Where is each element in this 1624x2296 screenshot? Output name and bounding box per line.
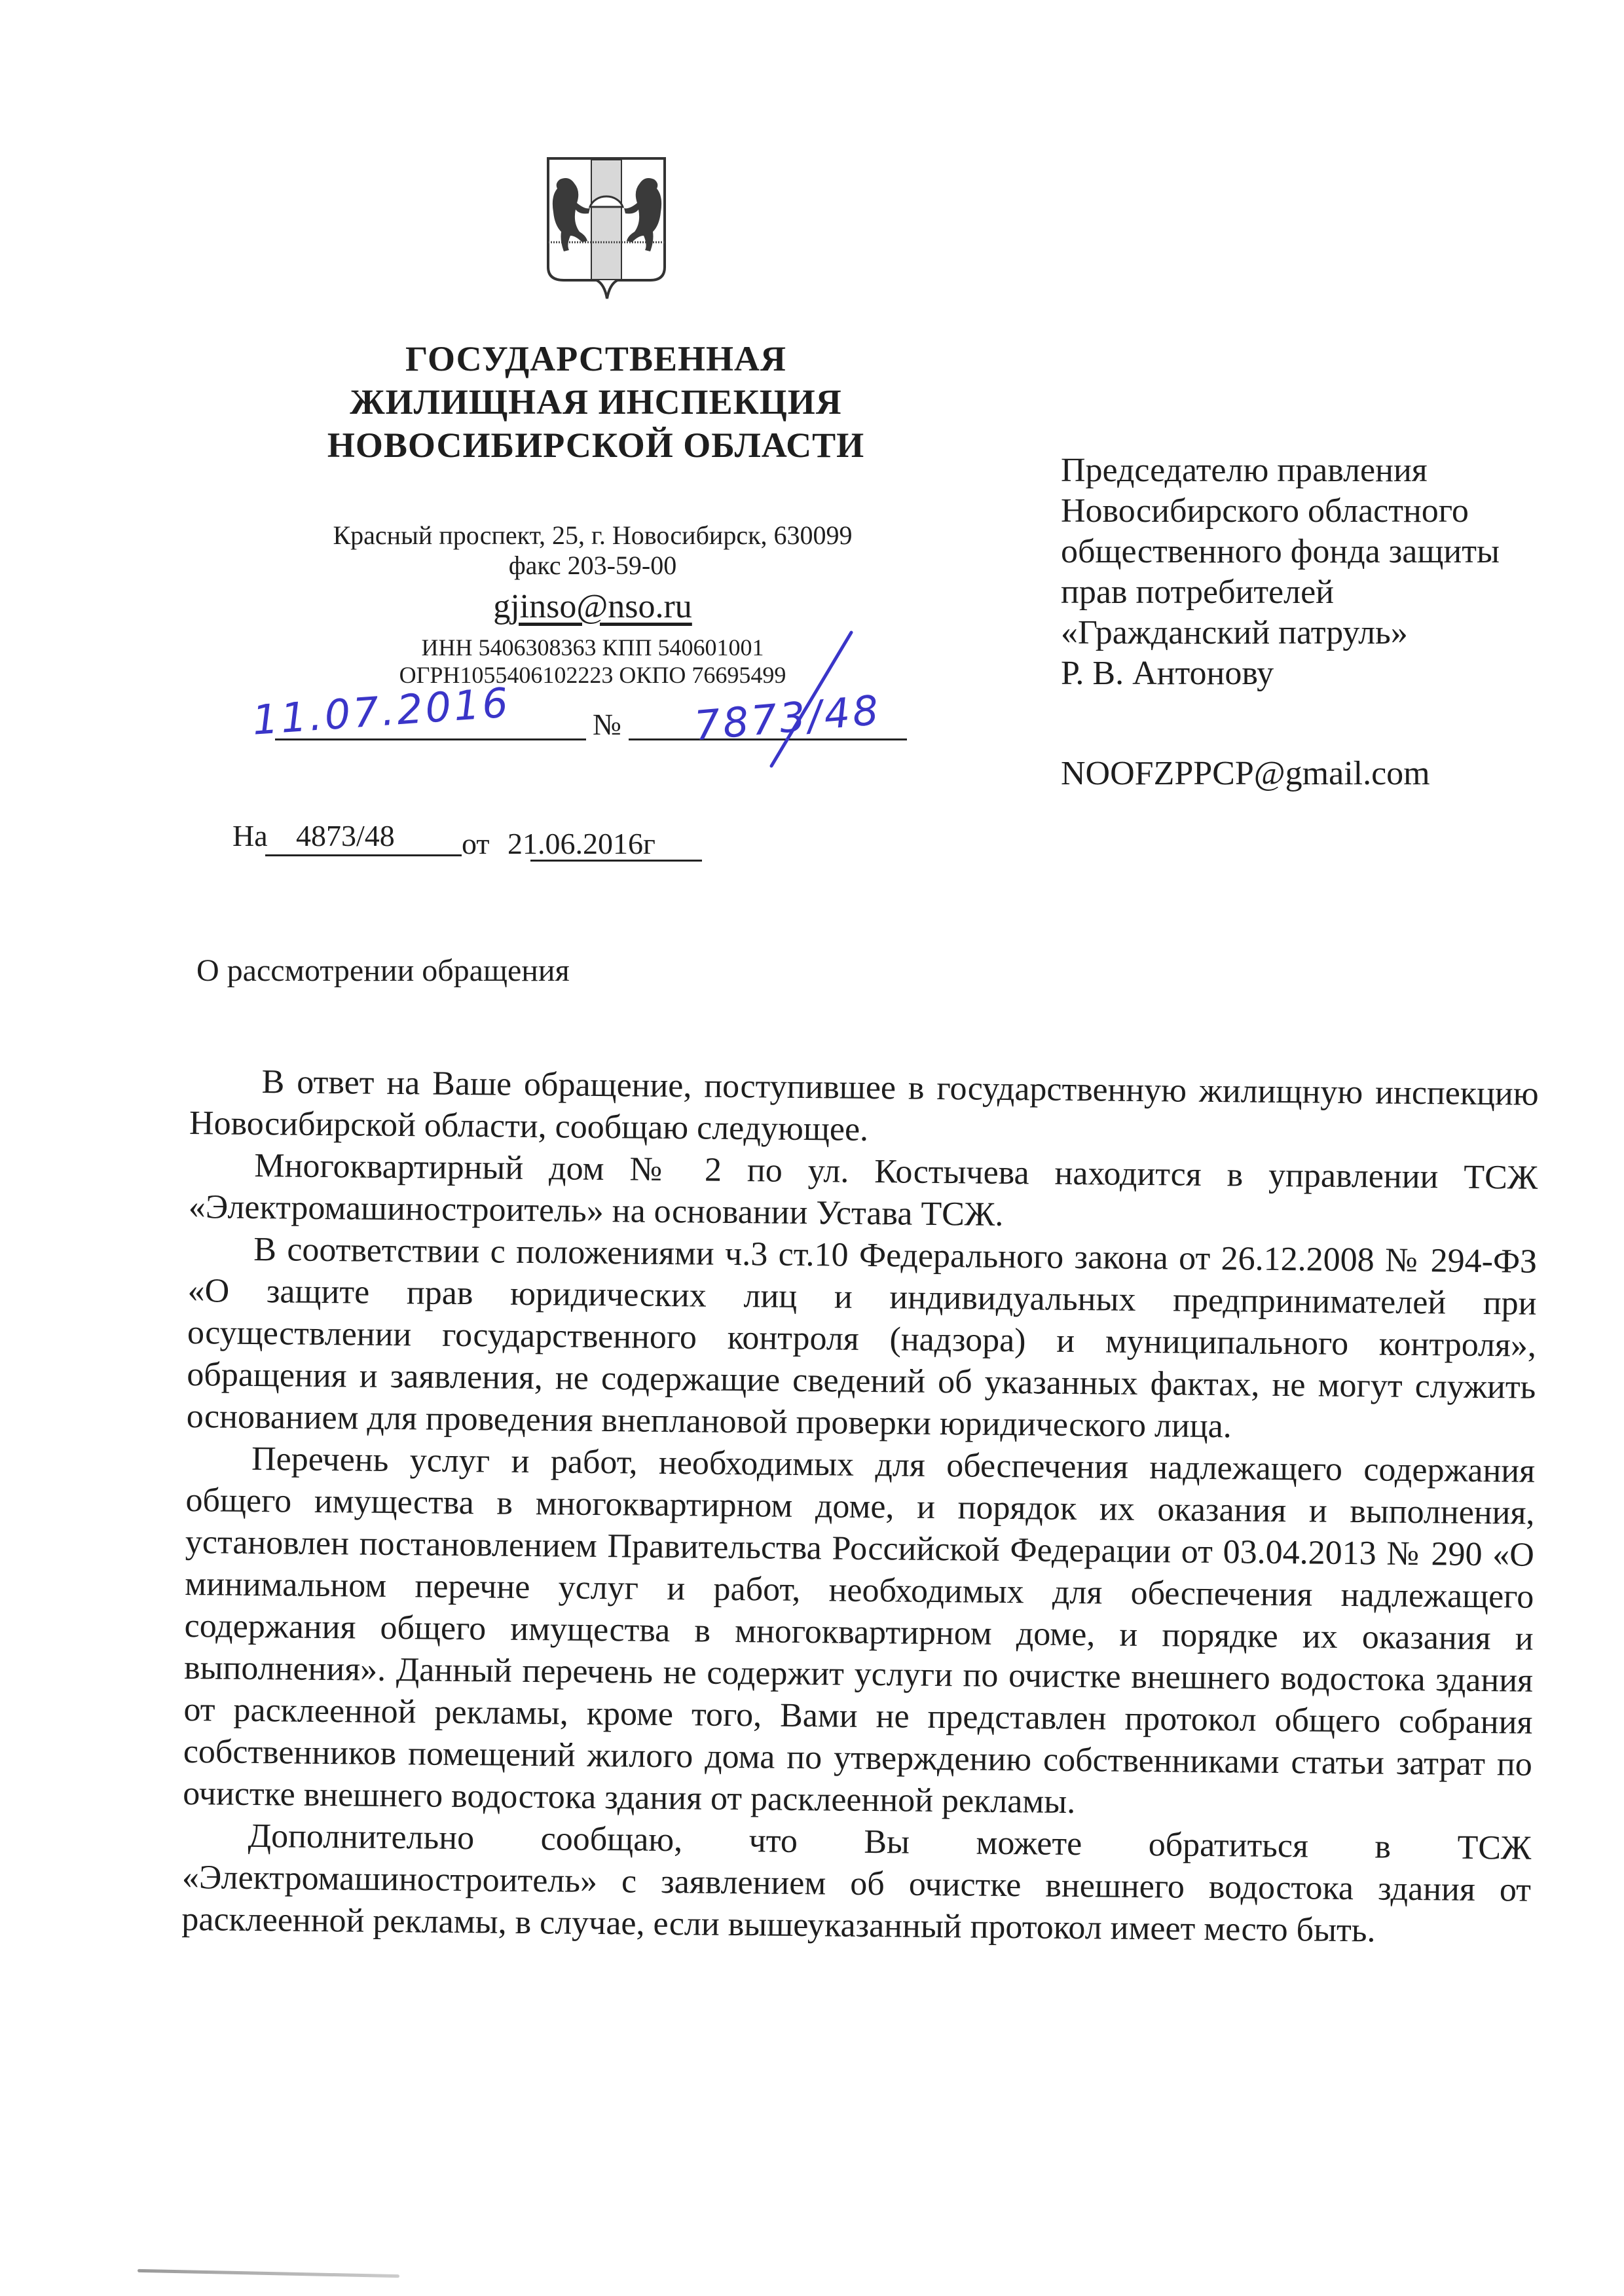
reference-date: 21.06.2016г xyxy=(507,826,655,861)
organization-address: Красный проспект, 25, г. Новосибирск, 63… xyxy=(249,520,936,551)
addressee-block: Председателю правления Новосибирского об… xyxy=(1061,450,1585,694)
reference-prefix: На xyxy=(232,818,268,853)
organization-fax: факс 203-59-00 xyxy=(249,551,936,581)
addressee-line: Новосибирского областного xyxy=(1061,491,1585,532)
addressee-line: Председателю правления xyxy=(1061,450,1585,491)
organization-name: ГОСУДАРСТВЕННАЯ ЖИЛИЩНАЯ ИНСПЕКЦИЯ НОВОС… xyxy=(236,337,956,467)
body-paragraph: В соответствии с положениями ч.3 ст.10 Ф… xyxy=(186,1228,1537,1451)
reference-number: 4873/48 xyxy=(296,818,395,853)
addressee-line: общественного фонда защиты xyxy=(1061,532,1585,572)
addressee-line: «Гражданский патруль» xyxy=(1061,613,1585,653)
body-paragraph: Перечень услуг и работ, необходимых для … xyxy=(183,1438,1535,1828)
addressee-email-link[interactable]: NOOFZPPCP@gmail.com xyxy=(1061,754,1430,793)
coat-of-arms-icon xyxy=(545,156,669,301)
letter-subject: О рассмотрении обращения xyxy=(196,953,570,989)
body-paragraph: В ответ на Ваше обращение, поступившее в… xyxy=(189,1061,1539,1157)
letter-body: В ответ на Ваше обращение, поступившее в… xyxy=(181,1061,1539,1954)
reference-from-label: от xyxy=(462,826,490,861)
reference-number-underline xyxy=(265,854,462,856)
scan-edge-shadow xyxy=(138,2269,399,2278)
body-paragraph: Многоквартирный дом № 2 по ул. Костычева… xyxy=(189,1144,1538,1241)
organization-line: ЖИЛИЩНАЯ ИНСПЕКЦИЯ xyxy=(236,380,956,424)
outgoing-date-underline xyxy=(275,738,586,740)
organization-contacts: Красный проспект, 25, г. Новосибирск, 63… xyxy=(249,520,936,581)
organization-email-row: gjinso@nso.ru xyxy=(249,588,936,626)
organization-email-link[interactable]: gjinso@nso.ru xyxy=(493,588,692,625)
organization-line: НОВОСИБИРСКОЙ ОБЛАСТИ xyxy=(236,424,956,467)
body-paragraph: Дополнительно сообщаю, что Вы можете обр… xyxy=(181,1815,1532,1954)
addressee-line: прав потребителей xyxy=(1061,572,1585,613)
signature-slash-icon xyxy=(753,629,858,773)
reference-date-underline xyxy=(530,860,702,862)
outgoing-number-label: № xyxy=(593,707,621,742)
organization-line: ГОСУДАРСТВЕННАЯ xyxy=(236,337,956,380)
addressee-line: Р. В. Антонову xyxy=(1061,653,1585,694)
